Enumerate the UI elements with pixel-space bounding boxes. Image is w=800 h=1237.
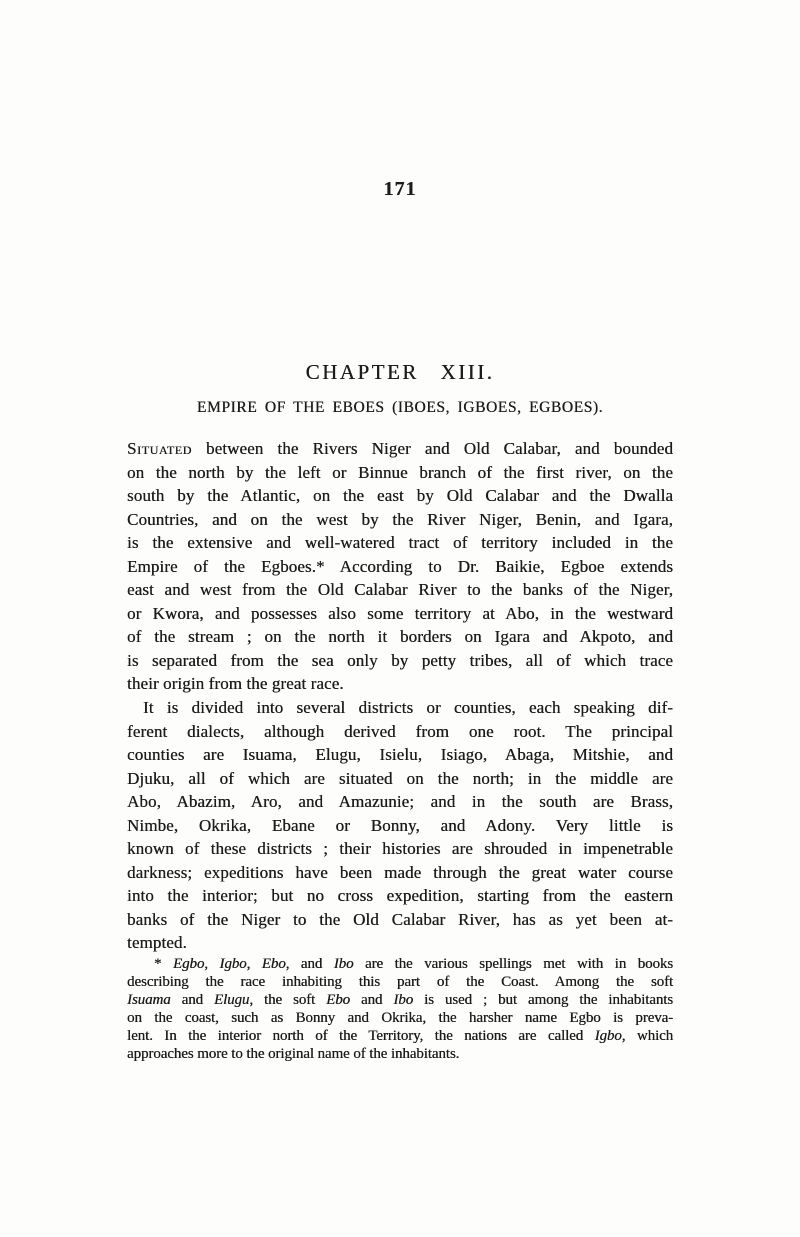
text-line: lent. In the interior north of the Terri…	[127, 1028, 673, 1046]
text-line: south by the Atlantic, on the east by Ol…	[127, 484, 673, 508]
text-line: * Egbo, Igbo, Ebo, and Ibo are the vario…	[127, 956, 673, 974]
text-line: Djuku, all of which are situated on the …	[127, 767, 673, 791]
chapter-heading: CHAPTER XIII.	[0, 360, 800, 385]
text-line: describing the race inhabiting this part…	[127, 974, 673, 992]
text-line: Abo, Abazim, Aro, and Amazunie; and in t…	[127, 790, 673, 814]
text-line: ferent dialects, although derived from o…	[127, 720, 673, 744]
text-line: It is divided into several districts or …	[127, 696, 673, 720]
text-line: banks of the Niger to the Old Calabar Ri…	[127, 908, 673, 932]
body-text: Situated between the Rivers Niger and Ol…	[127, 437, 673, 955]
paragraph-districts: It is divided into several districts or …	[127, 696, 673, 955]
text-line: is the extensive and well-watered tract …	[127, 531, 673, 555]
text-line: Situated between the Rivers Niger and Ol…	[127, 437, 673, 461]
text-line: or Kwora, and possesses also some territ…	[127, 602, 673, 626]
footnote: * Egbo, Igbo, Ebo, and Ibo are the vario…	[127, 956, 673, 1063]
text-line: is separated from the sea only by petty …	[127, 649, 673, 673]
text-line: into the interior; but no cross expediti…	[127, 884, 673, 908]
text-line: known of these districts ; their histori…	[127, 837, 673, 861]
text-line: approaches more to the original name of …	[127, 1046, 673, 1064]
page-number: 171	[0, 178, 800, 201]
text-line: darkness; expeditions have been made thr…	[127, 861, 673, 885]
scanned-book-page: 171 CHAPTER XIII. EMPIRE OF THE EBOES (I…	[0, 0, 800, 1237]
text-line: Nimbe, Okrika, Ebane or Bonny, and Adony…	[127, 814, 673, 838]
text-line: tempted.	[127, 931, 673, 955]
text-line: Empire of the Egboes.* According to Dr. …	[127, 555, 673, 579]
text-line: Countries, and on the west by the River …	[127, 508, 673, 532]
text-line: counties are Isuama, Elugu, Isielu, Isia…	[127, 743, 673, 767]
paragraph-empire-extent: Situated between the Rivers Niger and Ol…	[127, 437, 673, 696]
text-line: east and west from the Old Calabar River…	[127, 578, 673, 602]
text-line: on the north by the left or Binnue branc…	[127, 461, 673, 485]
chapter-subtitle: EMPIRE OF THE EBOES (IBOES, IGBOES, EGBO…	[0, 399, 800, 417]
text-line: Isuama and Elugu, the soft Ebo and Ibo i…	[127, 992, 673, 1010]
text-line: their origin from the great race.	[127, 672, 673, 696]
text-line: of the stream ; on the north it borders …	[127, 625, 673, 649]
text-line: on the coast, such as Bonny and Okrika, …	[127, 1010, 673, 1028]
